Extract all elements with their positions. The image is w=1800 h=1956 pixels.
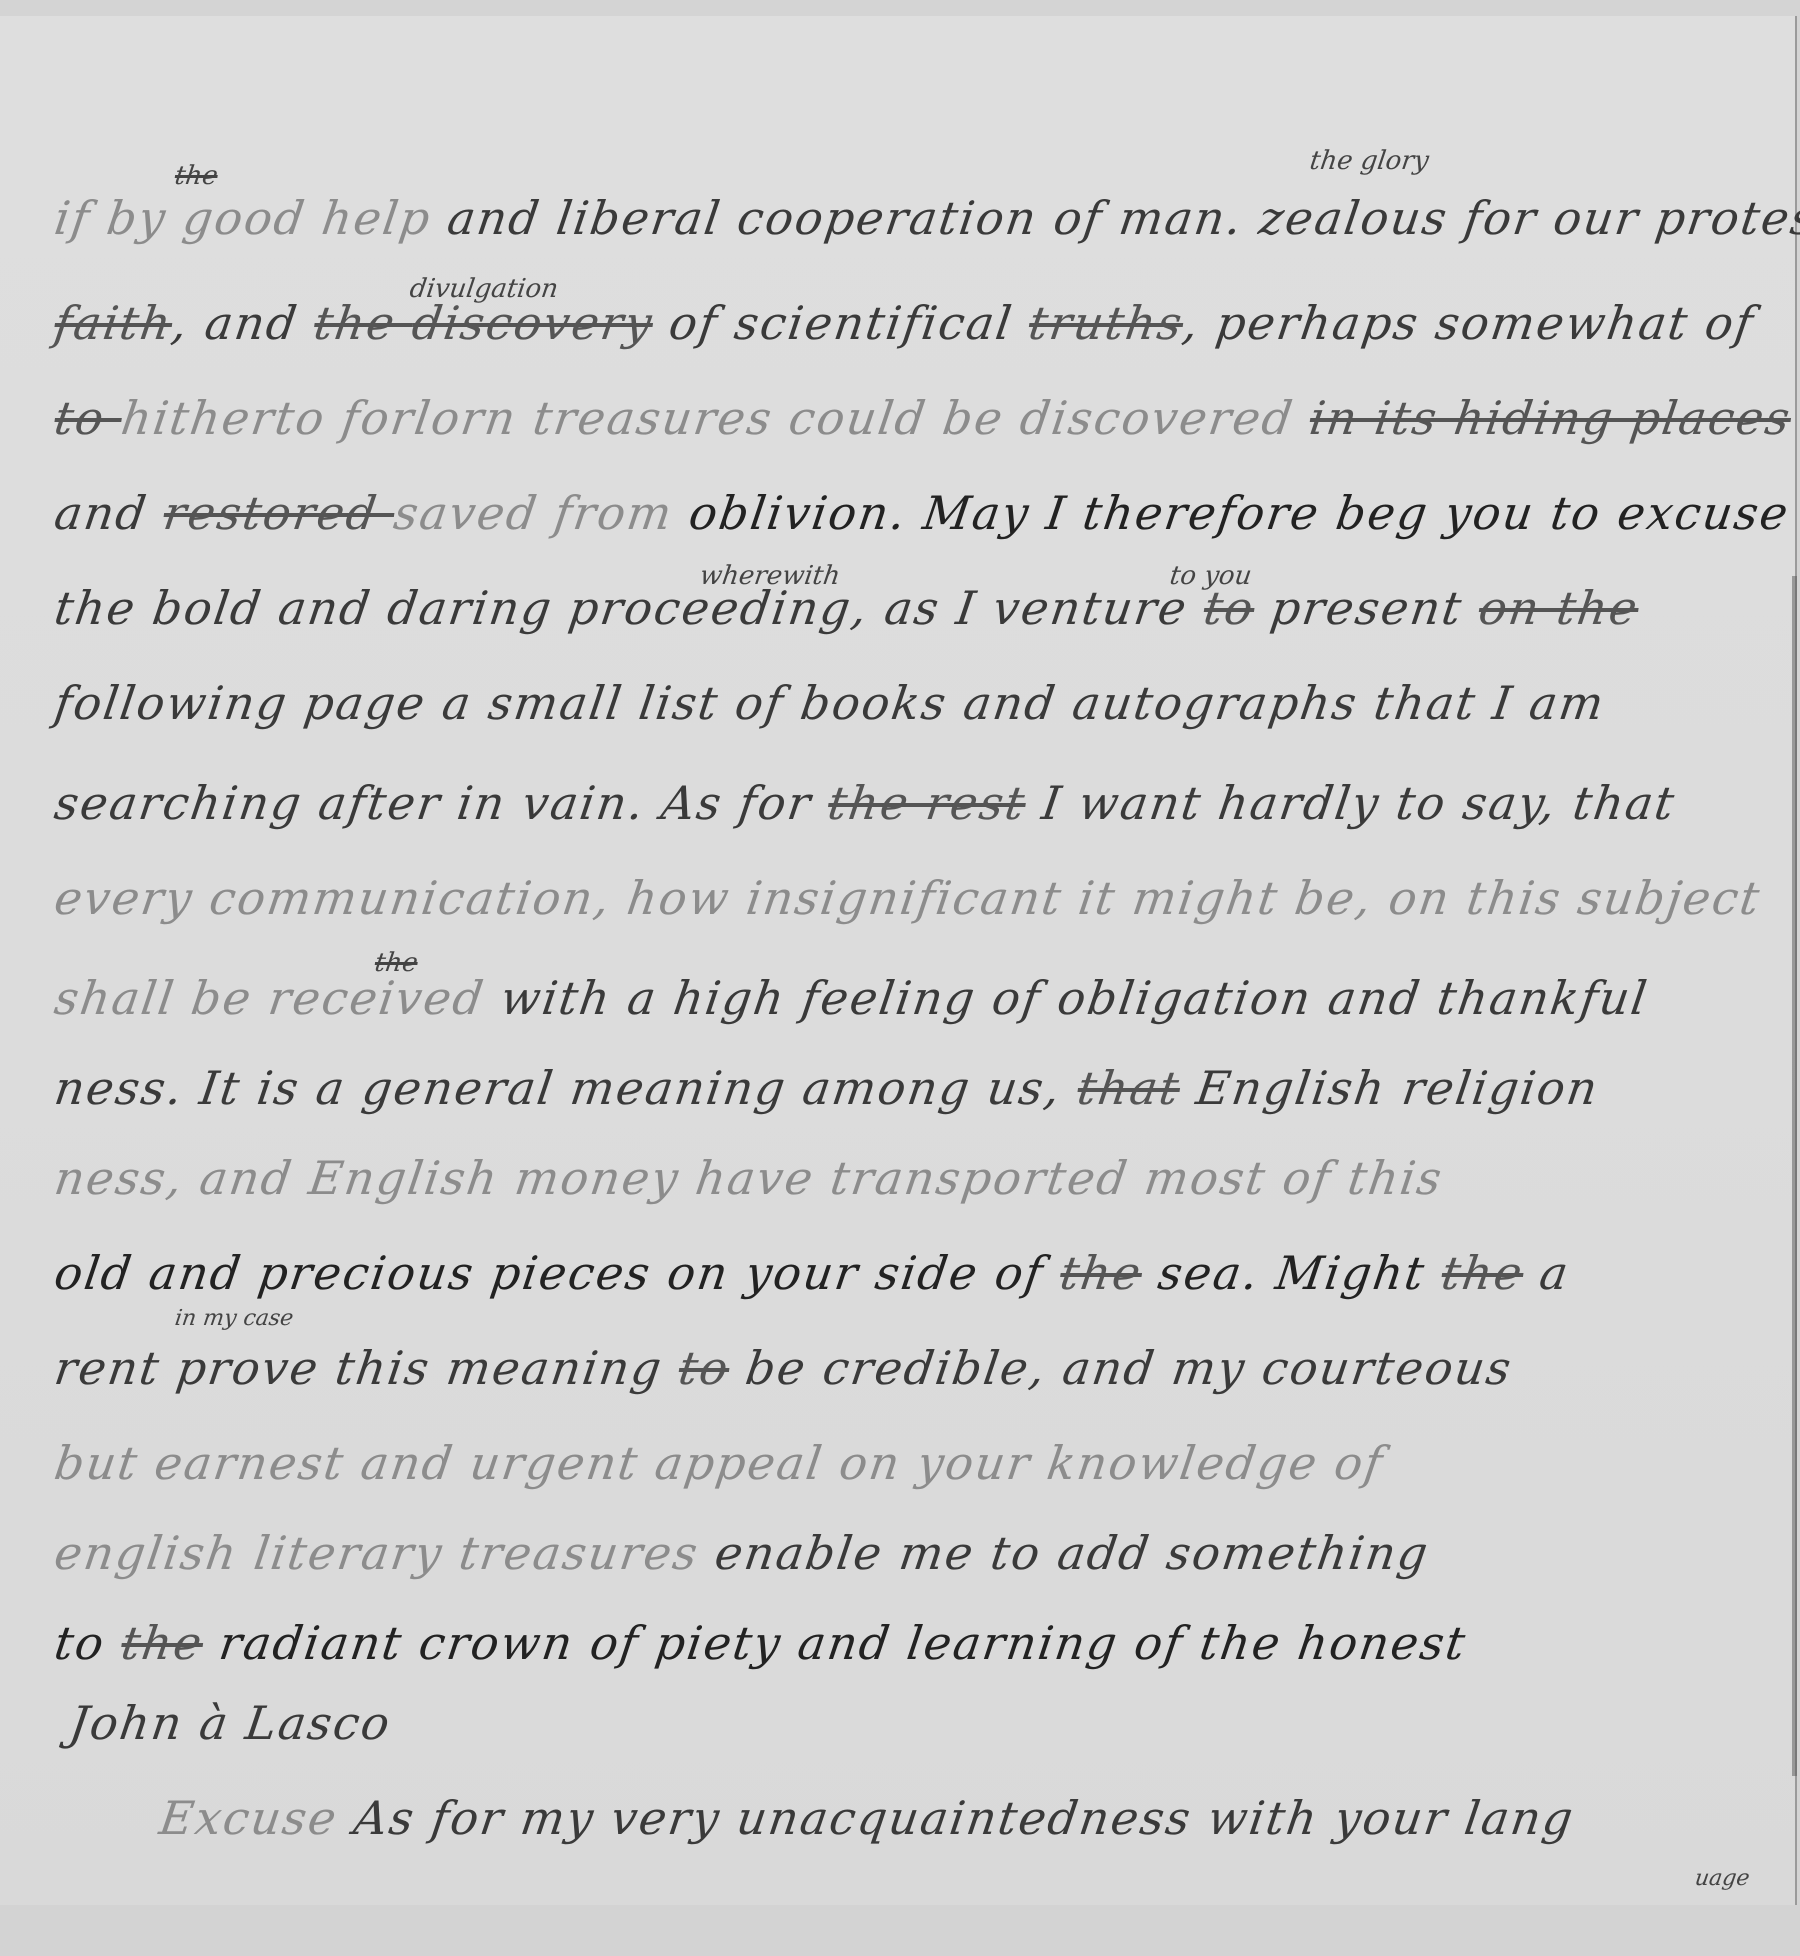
struck-text: to [675,1341,733,1395]
text-segment: sea. Might [1138,1246,1446,1300]
text-line-4: and restored saved from oblivion. May I … [51,486,1793,540]
insertion-the: the [173,161,220,191]
struck-text: truths [1026,296,1187,350]
text-line-11: ness, and English money have transported… [51,1151,1446,1205]
insertion-wherewith: wherewith [698,561,842,591]
text-segment: if by [51,191,187,245]
signature-line: John à Lasco [66,1696,395,1750]
text-segment: I want hardly to say, that [1022,776,1679,830]
struck-text: that [1074,1061,1184,1115]
struck-text: the [1057,1246,1146,1300]
struck-text: the [118,1616,207,1670]
text-line-13: rent prove this meaning to be credible, … [51,1341,1516,1395]
text-line-3: to hitherto forlorn treasures could be d… [51,391,1795,445]
text-segment: , perhaps somewhat of [1179,296,1758,350]
text-line-7: searching after in vain. As for the rest… [51,776,1679,830]
struck-text: in its hiding places [1307,391,1795,445]
text-segment: As for my very unacquaintedness with you… [334,1791,1578,1845]
text-segment: , and [168,296,318,350]
text-segment: be credible, and my courteous [726,1341,1516,1395]
text-segment: John à Lasco [66,1696,395,1750]
insertion-uage: uage [1693,1866,1751,1891]
insertion-the-glory: the glory [1308,146,1431,176]
struck-text: faith [51,296,176,350]
struck-text: discovery [409,296,657,350]
text-segment: oblivion. May I therefore beg you to exc… [686,486,1793,540]
text-segment: our protestants [1550,191,1800,245]
struck-text: the [1438,1246,1527,1300]
text-line-16: to the radiant crown of piety and learni… [51,1616,1470,1670]
text-segment: following page a small list of books and… [51,676,1609,730]
text-line-2: faith, and the discovery of scientifical… [51,296,1758,350]
struck-text: to [51,391,125,445]
text-segment: ness, and English money have transported… [51,1151,1446,1205]
text-line-8: every communication, how insignificant i… [51,871,1764,925]
text-segment: a [1520,1246,1574,1300]
text-segment: radiant crown of piety and learning of t… [199,1616,1470,1670]
text-segment: hitherto forlorn treasures could be disc… [118,391,1314,445]
text-line-14: but earnest and urgent appeal on your kn… [51,1436,1387,1490]
text-line-6: following page a small list of books and… [51,676,1609,730]
text-segment: present [1251,581,1483,635]
text-segment: English religion [1176,1061,1602,1115]
text-segment: with a high feeling of obligation and th… [497,971,1652,1025]
text-segment: good help [180,191,452,245]
text-segment: old and precious pieces on your side of [51,1246,1064,1300]
text-line-12: old and precious pieces on your side of … [51,1246,1573,1300]
text-segment: searching after in vain. As for [51,776,832,830]
text-segment: ness. It is a general meaning among us, [51,1061,1082,1115]
insertion-the-struck: the [373,948,420,978]
text-segment: enable me to add something [712,1526,1433,1580]
insertion-in-my-case: in my case [173,1306,295,1331]
insertion-divulgation: divulgation [408,274,560,304]
text-line-15: english literary treasures enable me to … [51,1526,1433,1580]
text-line-18: Excuse As for my very unacquaintedness w… [156,1791,1578,1845]
text-segment: rent prove this meaning [51,1341,683,1395]
text-segment: Excuse [156,1791,341,1845]
text-segment: saved from [391,486,694,540]
text-segment: and [51,486,168,540]
scan-background [0,1905,1800,1956]
struck-text: the [311,296,417,350]
text-segment: every communication, how insignificant i… [51,871,1764,925]
text-line-10: ness. It is a general meaning among us, … [51,1061,1602,1115]
text-segment: shall be received [51,971,505,1025]
struck-text: on the [1476,581,1643,635]
struck-text: restored [160,486,398,540]
text-segment: the bold and daring proceeding, as I ven… [51,581,1208,635]
letter-page: if by good help and liberal cooperation … [0,16,1797,1916]
text-segment: of scientifical [649,296,1033,350]
text-segment: but earnest and urgent appeal on your kn… [51,1436,1387,1490]
text-segment: english literary treasures [51,1526,719,1580]
text-segment: to [51,1616,125,1670]
insertion-to-you: to you [1168,561,1254,591]
struck-text: the rest [825,776,1030,830]
text-segment: and liberal cooperation of man. zealous … [444,191,1558,245]
text-line-5: the bold and daring proceeding, as I ven… [51,581,1642,635]
text-line-1: if by good help and liberal cooperation … [51,191,1800,245]
text-line-9: shall be received with a high feeling of… [51,971,1652,1025]
